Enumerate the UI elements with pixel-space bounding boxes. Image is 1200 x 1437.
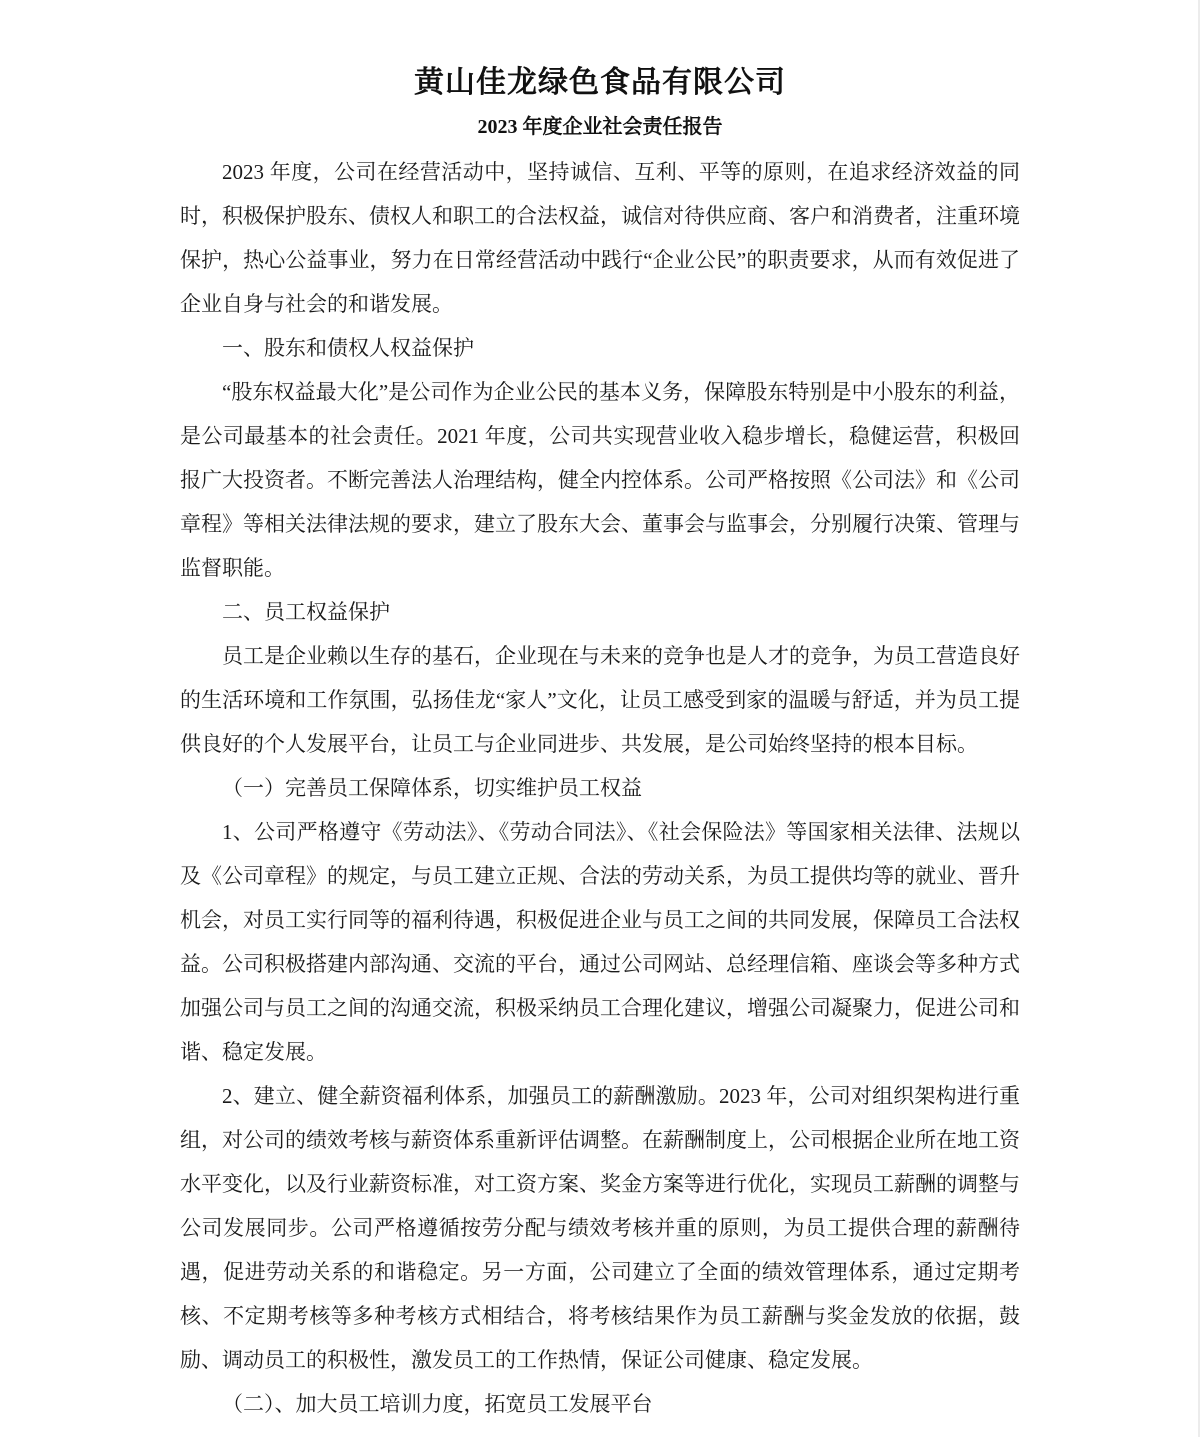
subsection-heading-guarantee-system: （一）完善员工保障体系，切实维护员工权益: [180, 766, 1020, 810]
report-body: 2023 年度，公司在经营活动中，坚持诚信、互利、平等的原则，在追求经济效益的同…: [180, 150, 1020, 1426]
report-subtitle: 2023 年度企业社会责任报告: [180, 110, 1020, 144]
document-content: 黄山佳龙绿色食品有限公司 2023 年度企业社会责任报告 2023 年度，公司在…: [0, 0, 1200, 1426]
section-heading-shareholders: 一、股东和债权人权益保护: [180, 326, 1020, 370]
report-title: 黄山佳龙绿色食品有限公司: [180, 56, 1020, 110]
body-paragraph-labor-law: 1、公司严格遵守《劳动法》、《劳动合同法》、《社会保险法》等国家相关法律、法规以…: [180, 810, 1020, 1074]
body-paragraph-salary-welfare: 2、建立、健全薪资福利体系，加强员工的薪酬激励。2023 年，公司对组织架构进行…: [180, 1074, 1020, 1382]
subsection-heading-training: （二）、加大员工培训力度，拓宽员工发展平台: [180, 1382, 1020, 1426]
section-heading-employees: 二、员工权益保护: [180, 590, 1020, 634]
body-paragraph-intro: 2023 年度，公司在经营活动中，坚持诚信、互利、平等的原则，在追求经济效益的同…: [180, 150, 1020, 326]
body-paragraph-employees: 员工是企业赖以生存的基石，企业现在与未来的竞争也是人才的竞争，为员工营造良好的生…: [180, 634, 1020, 766]
body-paragraph-shareholders: “股东权益最大化”是公司作为企业公民的基本义务，保障股东特别是中小股东的利益，是…: [180, 370, 1020, 590]
document-page: 黄山佳龙绿色食品有限公司 2023 年度企业社会责任报告 2023 年度，公司在…: [0, 0, 1200, 1437]
